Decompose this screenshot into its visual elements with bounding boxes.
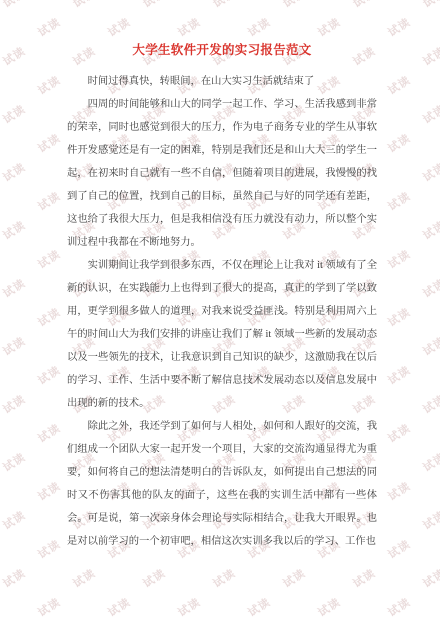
- trial-read-watermark: 试读: [280, 565, 309, 591]
- trial-read-watermark: 试读: [0, 391, 28, 417]
- trial-read-watermark: 试读: [35, 362, 64, 388]
- paragraph: 除此之外，我还学到了如何与人相处，如何和人跟好的交流，我们组成一个团队大家一起开…: [67, 415, 377, 553]
- document-title: 大学生软件开发的实习报告范文: [67, 43, 377, 58]
- document-content: 大学生软件开发的实习报告范文 时间过得真快，转眼间，在山大实习生活就结束了 四周…: [67, 43, 377, 553]
- trial-read-watermark: 试读: [420, 391, 440, 417]
- trial-read-watermark: 试读: [210, 0, 239, 11]
- trial-read-watermark: 试读: [420, 333, 440, 359]
- trial-read-watermark: 试读: [420, 159, 440, 185]
- trial-read-watermark: 试读: [0, 275, 28, 301]
- document-page: 试读试读试读试读试读试读试读试读试读试读试读试读试读试读试读试读试读试读试读试读…: [0, 0, 440, 620]
- trial-read-watermark: 试读: [245, 14, 274, 40]
- trial-read-watermark: 试读: [35, 246, 64, 272]
- trial-read-watermark: 试读: [175, 594, 204, 620]
- trial-read-watermark: 试读: [385, 188, 414, 214]
- trial-read-watermark: 试读: [140, 565, 169, 591]
- trial-read-watermark: 试读: [70, 0, 99, 11]
- trial-read-watermark: 试读: [420, 275, 440, 301]
- trial-read-watermark: 试读: [315, 14, 344, 40]
- trial-read-watermark: 试读: [350, 565, 379, 591]
- paragraph: 时间过得真快，转眼间，在山大实习生活就结束了: [67, 70, 377, 93]
- trial-read-watermark: 试读: [280, 0, 309, 11]
- trial-read-watermark: 试读: [420, 217, 440, 243]
- trial-read-watermark: 试读: [35, 536, 64, 562]
- trial-read-watermark: 试读: [35, 14, 64, 40]
- trial-read-watermark: 试读: [0, 101, 28, 127]
- paragraph: 实训期间让我学到很多东西，不仅在理论上让我对 it 领域有了全新的认识，在实践能…: [67, 254, 377, 415]
- trial-read-watermark: 试读: [245, 594, 274, 620]
- trial-read-watermark: 试读: [35, 72, 64, 98]
- trial-read-watermark: 试读: [70, 565, 99, 591]
- trial-read-watermark: 试读: [385, 536, 414, 562]
- trial-read-watermark: 试读: [0, 43, 28, 69]
- trial-read-watermark: 试读: [105, 14, 134, 40]
- trial-read-watermark: 试读: [385, 14, 414, 40]
- trial-read-watermark: 试读: [35, 420, 64, 446]
- trial-read-watermark: 试读: [420, 101, 440, 127]
- trial-read-watermark: 试读: [385, 478, 414, 504]
- trial-read-watermark: 试读: [385, 130, 414, 156]
- trial-read-watermark: 试读: [420, 565, 440, 591]
- trial-read-watermark: 试读: [0, 565, 28, 591]
- trial-read-watermark: 试读: [0, 507, 28, 533]
- trial-read-watermark: 试读: [0, 159, 28, 185]
- trial-read-watermark: 试读: [175, 14, 204, 40]
- trial-read-watermark: 试读: [385, 420, 414, 446]
- paragraph: 四周的时间能够和山大的同学一起工作、学习、生活我感到非常的荣幸，同时也感觉到很大…: [67, 93, 377, 254]
- trial-read-watermark: 试读: [0, 333, 28, 359]
- trial-read-watermark: 试读: [385, 72, 414, 98]
- trial-read-watermark: 试读: [35, 304, 64, 330]
- trial-read-watermark: 试读: [420, 43, 440, 69]
- trial-read-watermark: 试读: [140, 0, 169, 11]
- trial-read-watermark: 试读: [385, 362, 414, 388]
- trial-read-watermark: 试读: [385, 246, 414, 272]
- trial-read-watermark: 试读: [315, 594, 344, 620]
- trial-read-watermark: 试读: [0, 449, 28, 475]
- trial-read-watermark: 试读: [420, 0, 440, 11]
- trial-read-watermark: 试读: [35, 594, 64, 620]
- trial-read-watermark: 试读: [350, 0, 379, 11]
- trial-read-watermark: 试读: [35, 188, 64, 214]
- trial-read-watermark: 试读: [0, 0, 28, 11]
- trial-read-watermark: 试读: [420, 449, 440, 475]
- trial-read-watermark: 试读: [105, 594, 134, 620]
- trial-read-watermark: 试读: [385, 304, 414, 330]
- trial-read-watermark: 试读: [385, 594, 414, 620]
- trial-read-watermark: 试读: [420, 507, 440, 533]
- trial-read-watermark: 试读: [210, 565, 239, 591]
- trial-read-watermark: 试读: [35, 130, 64, 156]
- trial-read-watermark: 试读: [0, 217, 28, 243]
- trial-read-watermark: 试读: [35, 478, 64, 504]
